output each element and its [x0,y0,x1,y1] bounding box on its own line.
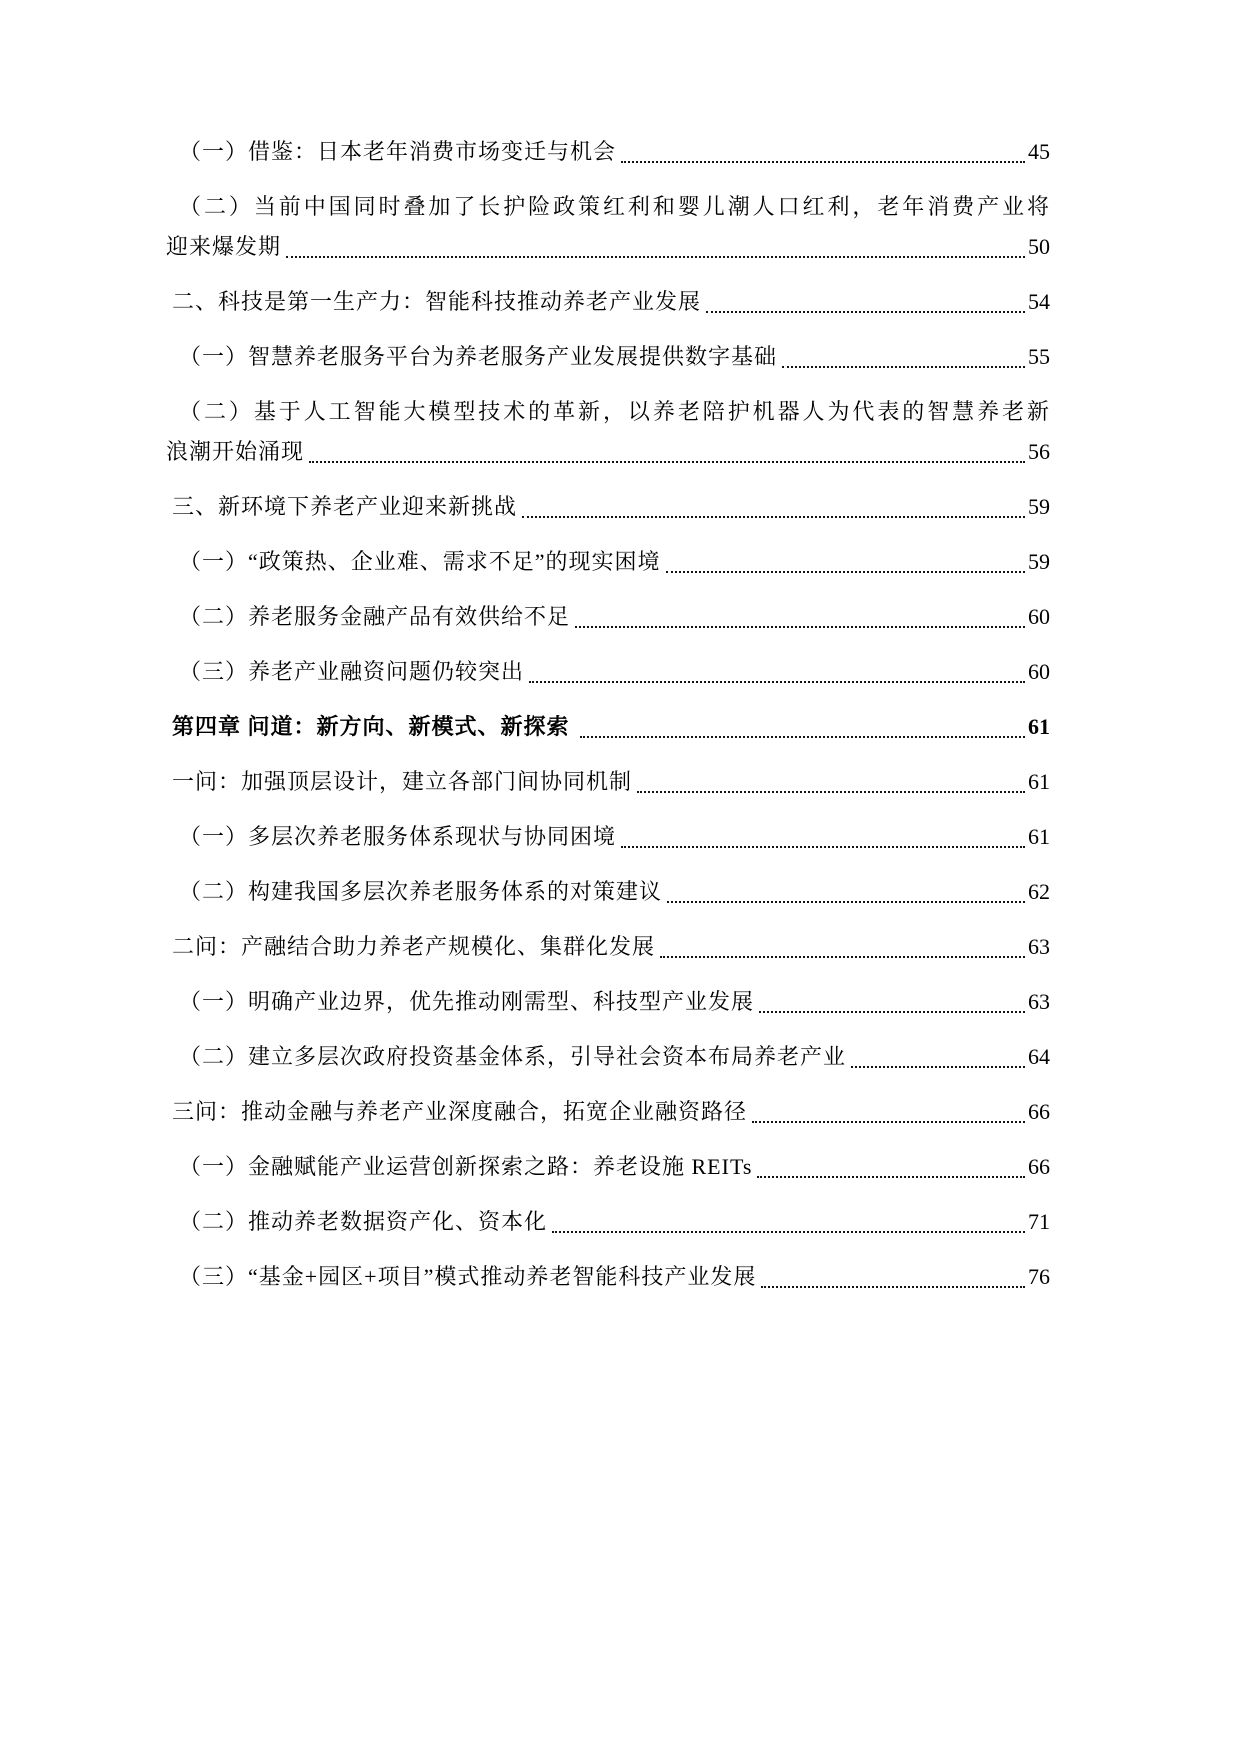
toc-entry[interactable]: （二）养老服务金融产品有效供给不足 60 [166,597,1050,637]
toc-page-number: 55 [1028,337,1050,377]
toc-entry-text: 浪潮开始涌现 [166,432,304,472]
toc-page-number: 59 [1028,542,1050,582]
toc-page-number: 50 [1028,227,1050,267]
dot-leader [621,846,1025,848]
dot-leader [782,366,1025,368]
toc-entry-line: 一问：加强顶层设计，建立各部门间协同机制 61 [166,762,1050,802]
dot-leader [552,1231,1025,1233]
toc-entry-line: （二）构建我国多层次养老服务体系的对策建议 62 [166,872,1050,912]
toc-entry-line: （一）明确产业边界，优先推动刚需型、科技型产业发展 63 [166,982,1050,1022]
toc-entry[interactable]: （三）养老产业融资问题仍较突出 60 [166,652,1050,692]
toc-entry-line: 二问：产融结合助力养老产规模化、集群化发展 63 [166,927,1050,967]
dot-leader [851,1066,1025,1068]
toc-page-number: 66 [1028,1092,1050,1132]
toc-page-number: 60 [1028,652,1050,692]
toc-page-number: 63 [1028,982,1050,1022]
toc-entry-line: 第四章 问道：新方向、新模式、新探索 61 [166,707,1050,747]
toc-entry[interactable]: （一）金融赋能产业运营创新探索之路：养老设施 REITs 66 [166,1147,1050,1187]
toc-entry[interactable]: （二）构建我国多层次养老服务体系的对策建议 62 [166,872,1050,912]
toc-page-number: 61 [1028,762,1050,802]
dot-leader [757,1176,1025,1178]
dot-leader [580,736,1025,738]
dot-leader [529,681,1025,683]
toc-entry-first-line: （二）基于人工智能大模型技术的革新，以养老陪护机器人为代表的智慧养老新 [166,392,1050,432]
toc-entry-line: （一）金融赋能产业运营创新探索之路：养老设施 REITs 66 [166,1147,1050,1187]
toc-entry-text: （一）借鉴：日本老年消费市场变迁与机会 [179,132,616,172]
toc-entry-text: （二）养老服务金融产品有效供给不足 [179,597,570,637]
toc-entry[interactable]: （一）“政策热、企业难、需求不足”的现实困境 59 [166,542,1050,582]
toc-entry[interactable]: 第四章 问道：新方向、新模式、新探索 61 [166,707,1050,747]
toc-entry-text: 二问：产融结合助力养老产规模化、集群化发展 [172,927,655,967]
toc-entry-line: 三、新环境下养老产业迎来新挑战 59 [166,487,1050,527]
dot-leader [522,516,1025,518]
toc-entry-line: （三）养老产业融资问题仍较突出 60 [166,652,1050,692]
toc-entry-text: （二）建立多层次政府投资基金体系，引导社会资本布局养老产业 [179,1037,846,1077]
toc-entry-text: （三）“基金+园区+项目”模式推动养老智能科技产业发展 [179,1257,756,1297]
toc-page-number: 63 [1028,927,1050,967]
toc-entry-line: （三）“基金+园区+项目”模式推动养老智能科技产业发展 76 [166,1257,1050,1297]
toc-entry[interactable]: 一问：加强顶层设计，建立各部门间协同机制 61 [166,762,1050,802]
dot-leader [667,901,1025,903]
dot-leader [761,1286,1025,1288]
table-of-contents: （一）借鉴：日本老年消费市场变迁与机会 45 （二）当前中国同时叠加了长护险政策… [166,132,1050,1312]
toc-entry-text: 三问：推动金融与养老产业深度融合，拓宽企业融资路径 [172,1092,747,1132]
dot-leader [706,311,1025,313]
toc-page-number: 66 [1028,1147,1050,1187]
dot-leader [309,461,1025,463]
toc-entry-text: （二）构建我国多层次养老服务体系的对策建议 [179,872,662,912]
toc-page-number: 62 [1028,872,1050,912]
toc-entry-text: （一）明确产业边界，优先推动刚需型、科技型产业发展 [179,982,754,1022]
dot-leader [666,571,1025,573]
toc-entry-text: 三、新环境下养老产业迎来新挑战 [172,487,517,527]
toc-page-number: 64 [1028,1037,1050,1077]
toc-entry[interactable]: （一）智慧养老服务平台为养老服务产业发展提供数字基础 55 [166,337,1050,377]
toc-entry-text: （二）推动养老数据资产化、资本化 [179,1202,547,1242]
toc-entry-text: （一）多层次养老服务体系现状与协同困境 [179,817,616,857]
toc-entry-text: （一）金融赋能产业运营创新探索之路：养老设施 REITs [179,1147,752,1187]
toc-entry[interactable]: 二问：产融结合助力养老产规模化、集群化发展 63 [166,927,1050,967]
toc-entry-text: （三）养老产业融资问题仍较突出 [179,652,524,692]
toc-entry-first-line: （二）当前中国同时叠加了长护险政策红利和婴儿潮人口红利，老年消费产业将 [166,187,1050,227]
toc-entry-line: （二）推动养老数据资产化、资本化 71 [166,1202,1050,1242]
toc-entry[interactable]: 三、新环境下养老产业迎来新挑战 59 [166,487,1050,527]
toc-entry[interactable]: （二）当前中国同时叠加了长护险政策红利和婴儿潮人口红利，老年消费产业将 迎来爆发… [166,187,1050,267]
dot-leader [637,791,1025,793]
dot-leader [575,626,1025,628]
toc-entry-text: 第四章 问道：新方向、新模式、新探索 [172,707,570,747]
toc-entry-line: 浪潮开始涌现 56 [166,432,1050,472]
toc-page-number: 60 [1028,597,1050,637]
toc-entry[interactable]: （一）借鉴：日本老年消费市场变迁与机会 45 [166,132,1050,172]
toc-entry[interactable]: 二、科技是第一生产力：智能科技推动养老产业发展 54 [166,282,1050,322]
toc-entry-text: （二）基于人工智能大模型技术的革新，以养老陪护机器人为代表的智慧养老新 [179,399,1050,424]
toc-entry-text: （一）“政策热、企业难、需求不足”的现实困境 [179,542,661,582]
toc-entry-line: 迎来爆发期 50 [166,227,1050,267]
toc-entry-line: （一）“政策热、企业难、需求不足”的现实困境 59 [166,542,1050,582]
toc-entry-line: （二）养老服务金融产品有效供给不足 60 [166,597,1050,637]
toc-entry[interactable]: （二）基于人工智能大模型技术的革新，以养老陪护机器人为代表的智慧养老新 浪潮开始… [166,392,1050,472]
dot-leader [752,1121,1025,1123]
dot-leader [660,956,1025,958]
toc-page-number: 61 [1028,707,1050,747]
toc-entry[interactable]: （一）明确产业边界，优先推动刚需型、科技型产业发展 63 [166,982,1050,1022]
toc-page-number: 54 [1028,282,1050,322]
toc-page-number: 45 [1028,132,1050,172]
toc-entry-text: 二、科技是第一生产力：智能科技推动养老产业发展 [172,282,701,322]
toc-entry-line: 二、科技是第一生产力：智能科技推动养老产业发展 54 [166,282,1050,322]
toc-entry-line: （一）借鉴：日本老年消费市场变迁与机会 45 [166,132,1050,172]
toc-entry-text: （二）当前中国同时叠加了长护险政策红利和婴儿潮人口红利，老年消费产业将 [179,194,1050,219]
toc-entry-text: 迎来爆发期 [166,227,281,267]
toc-page-number: 56 [1028,432,1050,472]
toc-page-number: 71 [1028,1202,1050,1242]
toc-entry-text: 一问：加强顶层设计，建立各部门间协同机制 [172,762,632,802]
toc-entry-line: （二）建立多层次政府投资基金体系，引导社会资本布局养老产业 64 [166,1037,1050,1077]
toc-page-number: 61 [1028,817,1050,857]
toc-entry-text: （一）智慧养老服务平台为养老服务产业发展提供数字基础 [179,337,777,377]
toc-entry-line: （一）智慧养老服务平台为养老服务产业发展提供数字基础 55 [166,337,1050,377]
dot-leader [286,256,1025,258]
page: （一）借鉴：日本老年消费市场变迁与机会 45 （二）当前中国同时叠加了长护险政策… [0,0,1241,1754]
toc-page-number: 59 [1028,487,1050,527]
toc-entry[interactable]: （一）多层次养老服务体系现状与协同困境 61 [166,817,1050,857]
toc-entry-line: （一）多层次养老服务体系现状与协同困境 61 [166,817,1050,857]
dot-leader [621,161,1025,163]
toc-entry-line: 三问：推动金融与养老产业深度融合，拓宽企业融资路径 66 [166,1092,1050,1132]
toc-entry[interactable]: （二）建立多层次政府投资基金体系，引导社会资本布局养老产业 64 [166,1037,1050,1077]
toc-page-number: 76 [1028,1257,1050,1297]
dot-leader [759,1011,1025,1013]
toc-entry[interactable]: （二）推动养老数据资产化、资本化 71 [166,1202,1050,1242]
toc-entry[interactable]: （三）“基金+园区+项目”模式推动养老智能科技产业发展 76 [166,1257,1050,1297]
toc-entry[interactable]: 三问：推动金融与养老产业深度融合，拓宽企业融资路径 66 [166,1092,1050,1132]
